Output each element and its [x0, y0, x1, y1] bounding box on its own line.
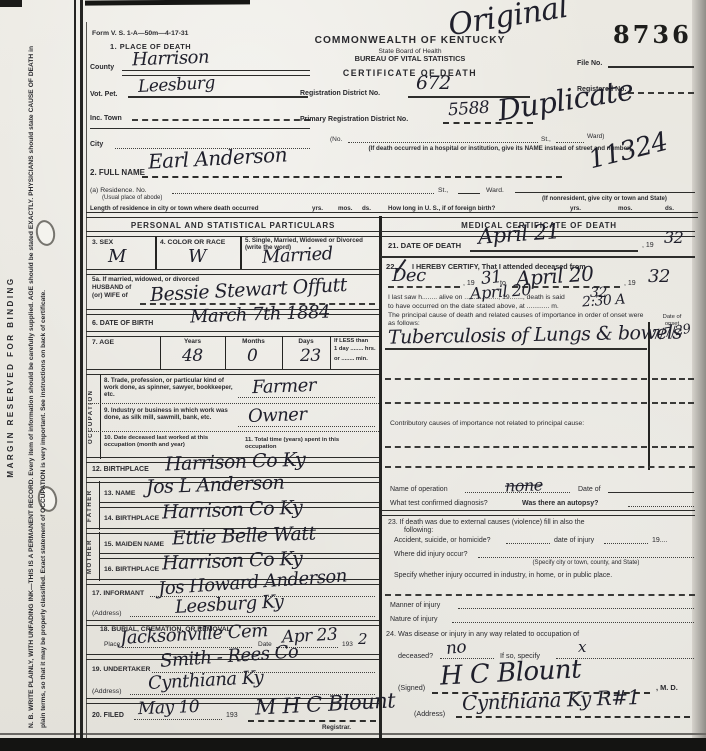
- father-vertical-label: FATHER: [87, 482, 98, 529]
- inc-town-label: Inc. Town: [90, 115, 122, 123]
- no-line: [348, 142, 538, 143]
- mother-maiden-label: 15. MAIDEN NAME: [104, 541, 164, 549]
- burial-place-label: Place: [104, 641, 120, 648]
- residence-line: [172, 193, 434, 194]
- mother-birthplace-label: 16. BIRTHPLACE: [104, 566, 159, 574]
- external-causes-text-2: following:: [404, 527, 433, 535]
- county-line: [122, 70, 310, 76]
- mother-vertical-label: MOTHER: [87, 533, 98, 580]
- county-value: Harrison: [132, 49, 210, 70]
- accident-label: Accident, suicide, or homicide?: [394, 537, 491, 545]
- sex-value: M: [108, 248, 126, 266]
- residence-st-label: St.,: [438, 187, 448, 195]
- full-name-line: [142, 176, 562, 178]
- inc-town-line2: [90, 128, 310, 129]
- trade-value: Farmer: [252, 377, 317, 397]
- file-no-label: File No.: [577, 60, 602, 68]
- physician-address-label: (Address): [414, 710, 445, 718]
- informant-address-line: [130, 616, 375, 617]
- blank-onset-line: [652, 378, 694, 380]
- manner-injury-label: Manner of injury: [390, 602, 440, 610]
- age-label: 7. AGE: [92, 339, 114, 347]
- nonresident-line: [515, 192, 695, 193]
- dob-value: March 7th 1884: [190, 304, 331, 327]
- operation-line: [465, 492, 570, 493]
- residence-label: (a) Residence. No.: [90, 187, 147, 195]
- operation-date-line: [608, 492, 694, 493]
- blank-contrib-line: [385, 466, 695, 468]
- occupation-vertical-label: OCCUPATION: [88, 376, 99, 458]
- cell-border: [155, 236, 157, 270]
- blank-cause-line: [385, 378, 647, 380]
- date-of-death-label: 21. DATE OF DEATH: [388, 242, 461, 251]
- attended-from-line: [388, 286, 460, 288]
- row-line: [86, 369, 379, 375]
- precinct-label: Vot. Pet.: [90, 91, 117, 99]
- less-than-label: If LESS than: [334, 338, 368, 345]
- certificate-stamp-number: 8736: [613, 20, 692, 49]
- scan-edge-top-left: [0, 0, 22, 7]
- filed-year-printed: 193: [226, 712, 238, 720]
- occurred-text: to have occurred on the date stated abov…: [388, 303, 559, 311]
- deceased-q-label: deceased?: [398, 652, 433, 660]
- row-line-dotted: [86, 431, 379, 432]
- dod-year-printed: , 19: [642, 242, 654, 250]
- registrar-line: [248, 720, 376, 722]
- physician-signature: H C Blount: [439, 656, 581, 689]
- certificate-title: CERTIFICATE OF DEATH: [295, 68, 525, 78]
- scan-edge-right-band: [692, 0, 706, 751]
- to-year-printed: , 19: [624, 280, 636, 288]
- dob-label: 6. DATE OF BIRTH: [92, 320, 153, 328]
- years-label: Years: [160, 338, 225, 345]
- date-injury-line: [604, 543, 648, 544]
- burial-year-hw: 2: [358, 632, 367, 647]
- filed-label: 20. FILED: [92, 712, 124, 720]
- where-injury-line: [478, 557, 694, 558]
- precinct-value: Leesburg: [138, 75, 216, 96]
- undertaker-address-label: (Address): [92, 688, 121, 696]
- mother-maiden-value: Ettie Belle Watt: [172, 524, 316, 548]
- registered-no-line: [628, 92, 694, 94]
- if-so-answer: x: [578, 640, 586, 655]
- where-injury-note: (Specify city or town, county, and State…: [478, 559, 694, 566]
- spouse-label-3: (or) WIFE of: [92, 292, 128, 299]
- months-label: Months: [225, 338, 282, 345]
- where-injury-label: Where did injury occur?: [394, 551, 468, 559]
- industry-label: 9. Industry or business in which work wa…: [104, 407, 236, 421]
- father-name-label: 13. NAME: [104, 490, 135, 498]
- primary-district-label: Primary Registration District No.: [300, 116, 408, 124]
- nonresident-note: (If nonresident, give city or town and S…: [512, 195, 697, 202]
- days-label: Days: [282, 338, 330, 345]
- full-name-label: 2. FULL NAME: [90, 168, 145, 177]
- father-name-value: Jos L Anderson: [146, 474, 285, 498]
- registration-district-label: Registration District No.: [300, 90, 380, 98]
- filed-date-line: [134, 719, 222, 720]
- trade-line: [238, 397, 375, 398]
- father-birthplace-value: Harrison Co Ky: [162, 499, 303, 523]
- residence-ward-dash: [458, 193, 480, 194]
- color-race-value: W: [188, 248, 206, 266]
- nature-injury-label: Nature of injury: [390, 616, 437, 624]
- city-label: City: [90, 141, 103, 149]
- county-label: County: [90, 64, 114, 72]
- nature-injury-line: [452, 622, 694, 623]
- inc-town-line: [132, 119, 310, 121]
- autopsy-label: Was there an autopsy?: [522, 500, 598, 508]
- header-divider: [86, 212, 698, 218]
- to-year-hw: 32: [648, 268, 670, 286]
- date-of-death-value: April 21: [477, 221, 560, 248]
- operation-date-label: Date of: [578, 486, 601, 494]
- test-label: What test confirmed diagnosis?: [390, 500, 488, 508]
- registration-district-value: 672: [416, 74, 451, 93]
- md-label: , M. D.: [656, 684, 678, 693]
- last-worked-label: 10. Date deceased last worked at this oc…: [104, 435, 232, 449]
- scan-edge-top-bar: [85, 0, 250, 6]
- row-line: [381, 510, 695, 516]
- accident-line: [506, 543, 550, 544]
- father-birthplace-label: 14. BIRTHPLACE: [104, 515, 159, 523]
- trade-label: 8. Trade, profession, or particular kind…: [104, 377, 236, 398]
- form-number: Form V. S. 1-A—50m—4-17-31: [92, 30, 188, 38]
- less-than-2: 1 day ........ hrs.: [334, 346, 376, 353]
- less-than-3: or ........ min.: [334, 356, 368, 363]
- blank-contrib-line: [385, 446, 647, 448]
- external-causes-text: 23. If death was due to external causes …: [388, 519, 585, 527]
- full-name-value: Earl Anderson: [148, 144, 288, 171]
- specify-injury-text: Specify whether injury occurred in indus…: [394, 572, 684, 580]
- address-line: [456, 716, 690, 718]
- spouse-label-2: HUSBAND of: [92, 284, 131, 291]
- file-no-line: [608, 66, 694, 68]
- blank-cause-line: [385, 402, 647, 404]
- date-of-death-line: [470, 250, 638, 252]
- registrar-label: Registrar.: [322, 724, 351, 731]
- column-divider: [379, 216, 382, 738]
- scan-edge-bottom-band: [0, 738, 706, 751]
- signed-label: (Signed): [398, 684, 425, 692]
- margin-binding-label: MARGIN RESERVED FOR BINDING: [6, 32, 18, 722]
- blank-injury-line: [385, 594, 695, 596]
- burial-year-printed: 193: [342, 641, 353, 648]
- q24-text: 24. Was disease or injury in any way rel…: [386, 630, 579, 638]
- industry-value: Owner: [248, 406, 307, 426]
- last-saw-date-value: April 20: [470, 282, 532, 302]
- industry-line: [238, 426, 375, 427]
- st-line: [556, 142, 584, 143]
- age-months-value: 0: [247, 348, 257, 365]
- undertaker-address-value: Cynthiana Ky: [148, 669, 264, 693]
- manner-injury-line: [458, 608, 694, 609]
- onset-column-border: [648, 322, 650, 470]
- registrar-signature: M H C Blount: [255, 690, 396, 718]
- informant-address-label: (Address): [92, 610, 121, 618]
- birthplace-value: Harrison Co Ky: [165, 451, 306, 475]
- ward-label: Ward): [587, 133, 604, 140]
- autopsy-line: [628, 506, 694, 507]
- st-label: St.,: [541, 136, 551, 143]
- residence-ward-label: Ward.: [486, 187, 504, 195]
- cell-border: [240, 236, 242, 270]
- row-line-heavy: [381, 256, 695, 258]
- form-left-border: [86, 22, 87, 738]
- blank-onset-line: [652, 446, 694, 448]
- cell-border: [330, 336, 331, 369]
- filed-date-value: May 10: [138, 699, 200, 718]
- marital-value: Married: [262, 245, 334, 267]
- date-of-onset-label-1: Date of: [650, 314, 694, 321]
- personal-title: PERSONAL AND STATISTICAL PARTICULARS: [88, 221, 378, 230]
- residence-abode-note: (Usual place of abode): [102, 195, 162, 202]
- nineteen-label: 19....: [652, 537, 668, 545]
- undertaker-label: 19. UNDERTAKER: [92, 666, 150, 674]
- bureau-subtitle: BUREAU OF VITAL STATISTICS: [295, 55, 525, 64]
- no-label: (No.: [330, 136, 342, 143]
- attended-from-value: Dec: [392, 267, 426, 285]
- operation-label: Name of operation: [390, 486, 448, 494]
- birthplace-label: 12. BIRTHPLACE: [92, 466, 149, 474]
- scan-edge-bottom-line: [0, 733, 706, 735]
- binding-rule-outer: [74, 0, 76, 738]
- binding-rule-inner: [80, 0, 83, 738]
- cause-line: [385, 348, 647, 350]
- row-line: [86, 331, 379, 337]
- contributory-text: Contributory causes of importance not re…: [390, 420, 640, 428]
- informant-label: 17. INFORMANT: [92, 590, 144, 598]
- time-of-death-hw: 2:30 A: [582, 293, 626, 310]
- dod-year-hw: 32: [664, 230, 683, 246]
- deceased-answer: no: [445, 639, 467, 658]
- cell-border: [100, 374, 101, 459]
- primary-district-value: 5588: [447, 100, 489, 120]
- margin-note: N. B. WRITE PLAINLY, WITH UNFADING INK—T…: [26, 46, 74, 728]
- death-certificate-scan: MARGIN RESERVED FOR BINDING N. B. WRITE …: [0, 0, 706, 751]
- duplicate-annotation: Duplicate: [496, 75, 636, 125]
- age-days-value: 23: [300, 348, 321, 365]
- informant-address-value: Leesburg Ky: [175, 593, 284, 617]
- cause-of-death-value: Tuberculosis of Lungs & bowels: [388, 323, 682, 347]
- total-time-label: 11. Total time (years) spent in this occ…: [245, 437, 365, 451]
- precinct-line: [128, 96, 308, 98]
- date-injury-label: date of injury: [554, 537, 594, 545]
- row-line-dotted: [86, 403, 379, 404]
- age-years-value: 48: [182, 348, 203, 365]
- blank-onset-line: [652, 402, 694, 404]
- physician-address-value: Cynthiana Ky R#1: [462, 687, 640, 713]
